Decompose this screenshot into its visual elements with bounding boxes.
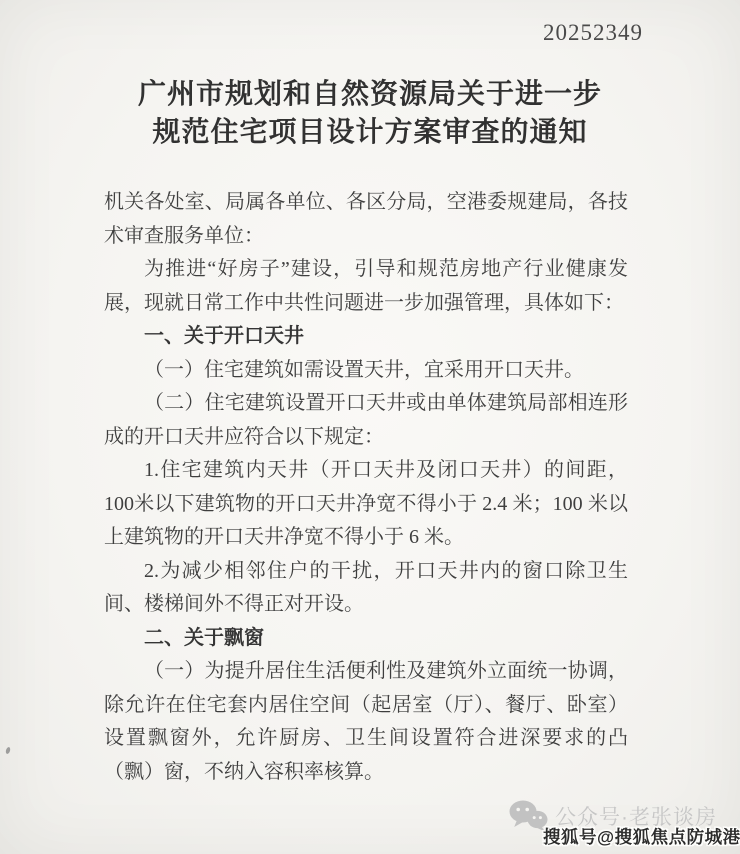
section-1-item-2: （二）住宅建筑设置开口天井或由单体建筑局部相连形成的开口天井应符合以下规定： bbox=[104, 387, 628, 454]
scan-speck bbox=[5, 747, 11, 755]
wechat-icon bbox=[508, 799, 548, 832]
page-title-line-1: 广州市规划和自然资源局关于进一步 bbox=[0, 76, 740, 114]
page-title-line-2: 规范住宅项目设计方案审查的通知 bbox=[0, 114, 740, 152]
salutation-paragraph: 机关各处室、局属各单位、各区分局，空港委规建局，各技术审查服务单位： bbox=[104, 186, 628, 253]
page-title: 广州市规划和自然资源局关于进一步 规范住宅项目设计方案审查的通知 bbox=[0, 76, 740, 152]
section-1-item-2-rule-1: 1.住宅建筑内天井（开口天井及闭口天井）的间距，100米以下建筑物的开口天井净宽… bbox=[104, 454, 628, 555]
section-1-heading: 一、关于开口天井 bbox=[104, 320, 628, 354]
section-1-item-2-rule-2: 2.为减少相邻住户的干扰，开口天井内的窗口除卫生间、楼梯间外不得正对开设。 bbox=[104, 555, 628, 622]
section-2-heading: 二、关于飘窗 bbox=[104, 622, 628, 656]
section-1-item-1: （一）住宅建筑如需设置天井，宜采用开口天井。 bbox=[104, 354, 628, 388]
document-body: 机关各处室、局属各单位、各区分局，空港委规建局，各技术审查服务单位： 为推进“好… bbox=[104, 186, 628, 789]
scanned-notice-page: 20252349 广州市规划和自然资源局关于进一步 规范住宅项目设计方案审查的通… bbox=[0, 0, 740, 854]
intro-paragraph: 为推进“好房子”建设，引导和规范房地产行业健康发展，现就日常工作中共性问题进一步… bbox=[104, 253, 628, 320]
sohu-watermark: 搜狐号@搜狐焦点防城港站 bbox=[543, 824, 740, 849]
section-2-item-1: （一）为提升居住生活便利性及建筑外立面统一协调，除允许在住宅套内居住空间（起居室… bbox=[104, 655, 628, 789]
doc-number: 20252349 bbox=[543, 20, 643, 46]
